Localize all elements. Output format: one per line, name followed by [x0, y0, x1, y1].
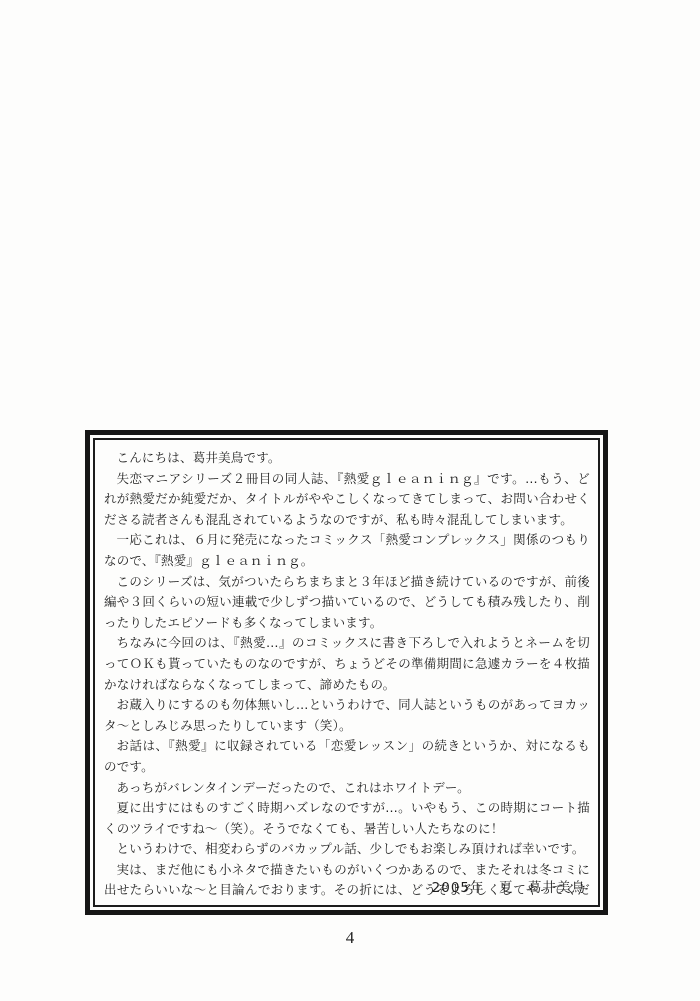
page-number: 4 — [0, 928, 700, 948]
afterword-paragraph: このシリーズは、気がついたらちまちまと３年ほど描き続けているのですが、前後編や３… — [104, 572, 590, 634]
afterword-paragraph: お話は、『熱愛』に収録されている「恋愛レッスン」の続きというか、対になるものです… — [104, 736, 590, 777]
afterword-box: こんにちは、葛井美鳥です。 失恋マニアシリーズ２冊目の同人誌、『熱愛ｇｌｅａｎｉ… — [85, 430, 608, 915]
afterword-paragraph: あっちがバレンタインデーだったので、これはホワイトデー。 — [104, 778, 590, 799]
afterword-paragraph: 一応これは、６月に発売になったコミックス「熱愛コンプレックス」関係のつもりなので… — [104, 530, 590, 571]
afterword-paragraph: お蔵入りにするのも勿体無いし…というわけで、同人誌というものがあってヨカッタ～と… — [104, 695, 590, 736]
afterword-box-inner: こんにちは、葛井美鳥です。 失恋マニアシリーズ２冊目の同人誌、『熱愛ｇｌｅａｎｉ… — [93, 438, 600, 907]
afterword-text: こんにちは、葛井美鳥です。 失恋マニアシリーズ２冊目の同人誌、『熱愛ｇｌｅａｎｉ… — [104, 448, 590, 907]
afterword-paragraph: というわけで、相変わらずのバカップル話、少しでもお楽しみ頂ければ幸いです。 — [104, 839, 590, 860]
author-signature: 2005年 夏 葛井美鳥 — [432, 878, 586, 898]
afterword-paragraph: ちなみに今回のは、『熱愛…』のコミックスに書き下ろしで入れようとネームを切ってＯ… — [104, 633, 590, 695]
afterword-paragraph: 失恋マニアシリーズ２冊目の同人誌、『熱愛ｇｌｅａｎｉｎｇ』です。…もう、どれが熱… — [104, 469, 590, 531]
afterword-paragraph: 夏に出すにはものすごく時期ハズレなのですが…。いやもう、この時期にコート描くのツ… — [104, 798, 590, 839]
scanned-page: こんにちは、葛井美鳥です。 失恋マニアシリーズ２冊目の同人誌、『熱愛ｇｌｅａｎｉ… — [0, 0, 700, 1001]
afterword-paragraph: こんにちは、葛井美鳥です。 — [104, 448, 590, 469]
